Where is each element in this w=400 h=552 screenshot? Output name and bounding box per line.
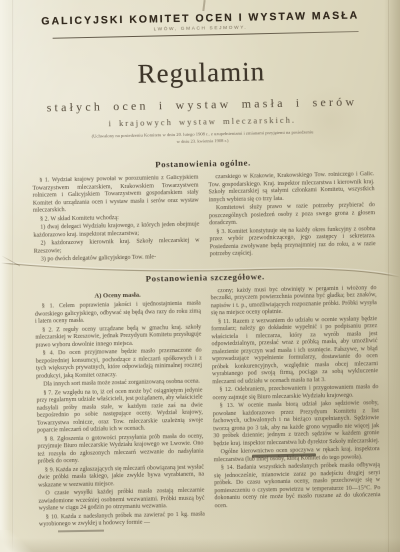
subsection-heading-butter-evaluations: A) Oceny masła.	[35, 290, 201, 301]
general-left-column: § 1. Wydział krajowy powołał w porozumie…	[32, 175, 200, 266]
paragraph: § 7. Ze względu na to, iż cel ocen może …	[36, 387, 203, 435]
masthead: GALICYJSKI KOMITET OCEN I WYSTAW MASŁA L…	[26, 1, 375, 39]
section-heading-detailed: Postanowienia szczegółowe.	[31, 269, 379, 286]
paper-edge-left	[0, 0, 10, 552]
document-subtitle-secondary: i krajowych wystaw mleczarskich.	[28, 113, 376, 130]
general-columns: § 1. Wydział krajowy powołał w porozumie…	[29, 171, 379, 265]
paragraph: § 12. Odebraniem, przechowaniem i przygo…	[212, 384, 378, 402]
adoption-note: (Uchwalony na posiedzeniu Komitetu w dni…	[28, 128, 376, 148]
paragraph: § 14. Badania wszystkich nadesłanych pró…	[214, 462, 381, 510]
paragraph: § 13. W ocenie masła biorą udział jako s…	[213, 400, 380, 448]
paragraph: czarskiego w Krakowie, Krakowskiego Tow.…	[208, 171, 375, 204]
paragraph: § 4. Do ocen przyjmowane będzie masło pr…	[36, 348, 203, 381]
document-subtitle: stałych ocen i wystaw masła i serów	[28, 94, 376, 116]
paragraph: § 11. Razem z wezwaniem do udziału w oce…	[211, 316, 378, 387]
paragraph: § 10. Każda z nadesłanych próbek ma zawi…	[39, 511, 205, 529]
detailed-left-column: A) Oceny masła. § 1. Celem poprawienia j…	[34, 288, 205, 530]
paragraph: O czasie wysyłki każdej próbki masła zos…	[38, 488, 204, 514]
paragraph: § 8. Zgłoszenia o gotowości przysyłania …	[37, 433, 204, 466]
paragraph: czony; każdy musi być obwinięty w pergam…	[210, 285, 377, 318]
paragraph: 2) każdorazowy kierownik kraj. Szkoły ml…	[34, 238, 200, 256]
paper-edge-bottom	[0, 538, 400, 552]
general-right-column: czarskiego w Krakowie, Krakowskiego Tow.…	[208, 171, 376, 262]
paragraph: § 1. Wydział krajowy powołał w porozumie…	[32, 175, 199, 216]
paragraph: § 3. Komitet konstytuuje się na każdy ok…	[209, 226, 376, 259]
paragraph: Komitetowi służy prawo w razie potrzeby …	[209, 202, 375, 228]
document-content: GALICYJSKI KOMITET OCEN I WYSTAW MASŁA L…	[26, 1, 384, 530]
detailed-columns: A) Oceny masła. § 1. Celem poprawienia j…	[31, 285, 384, 531]
left-vertical-crease	[12, 0, 14, 552]
section-heading-general: Postanowienia ogólne.	[29, 155, 377, 172]
paper-corner-bottom-left	[0, 530, 34, 552]
document-title: Regulamin	[27, 54, 376, 92]
detailed-left-paragraphs: § 1. Celem poprawienia jakości i ujednos…	[35, 301, 205, 530]
paragraph: § 2. Z reguły oceny urządzane będą w gma…	[35, 324, 201, 350]
paper-edge-right	[384, 0, 400, 552]
paragraph: § 9. Każda ze zgłaszających się mleczarń…	[38, 464, 204, 490]
detailed-right-column: czony; każdy musi być obwinięty w pergam…	[210, 285, 381, 527]
paragraph: § 1. Celem poprawienia jakości i ujednos…	[35, 301, 201, 327]
